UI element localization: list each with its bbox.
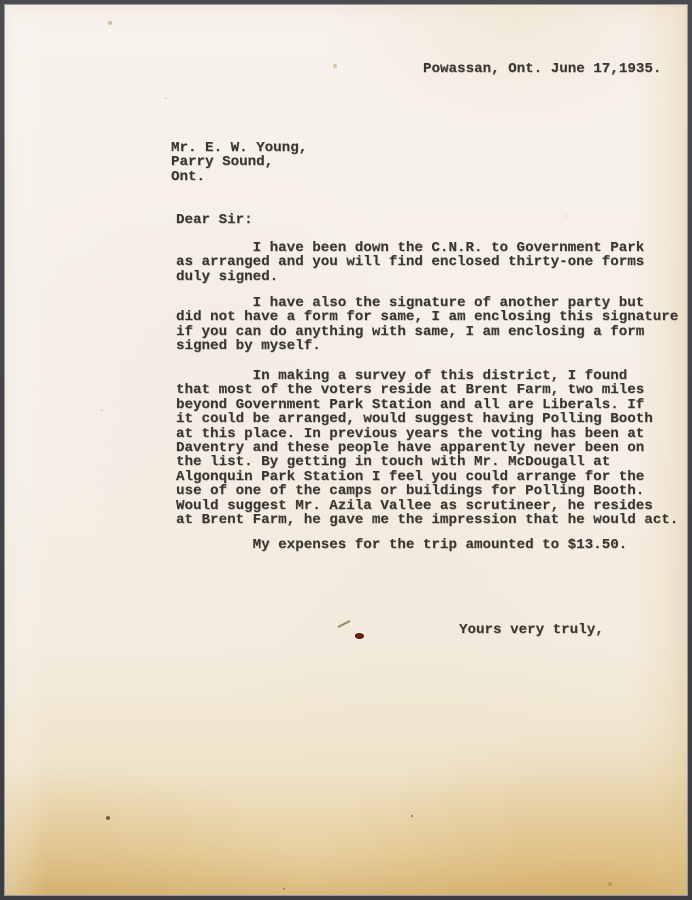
expenses-line: My expenses for the trip amounted to $13… [176, 538, 627, 552]
paragraph-forms-signed: I have been down the C.N.R. to Governmen… [176, 241, 644, 284]
scan-frame: Powassan, Ont. June 17,1935. Mr. E. W. Y… [0, 0, 692, 900]
stray-pen-mark [337, 620, 350, 628]
dateline: Powassan, Ont. June 17,1935. [423, 62, 661, 76]
ink-spot [355, 633, 364, 639]
paper-specks [5, 5, 7, 7]
recipient-city: Parry Sound, [171, 155, 307, 169]
letter-paper: Powassan, Ont. June 17,1935. Mr. E. W. Y… [5, 5, 687, 895]
salutation: Dear Sir: [176, 213, 253, 227]
paragraph-extra-signature: I have also the signature of another par… [176, 296, 678, 354]
closing-valediction: Yours very truly, [459, 623, 604, 637]
recipient-province: Ont. [171, 170, 307, 184]
recipient-address: Mr. E. W. Young,Parry Sound,Ont. [171, 141, 307, 184]
paragraph-survey-district: In making a survey of this district, I f… [176, 369, 678, 527]
